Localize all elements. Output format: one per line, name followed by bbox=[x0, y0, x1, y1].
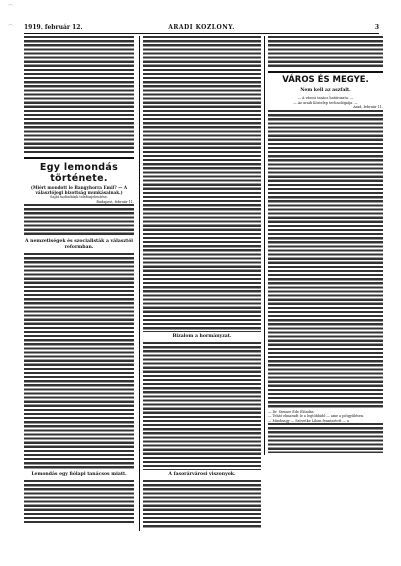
text-block bbox=[143, 342, 261, 470]
subheading: Bizalom a hormányzat. bbox=[143, 334, 261, 340]
divider bbox=[268, 71, 383, 73]
page-mark-top: ⌒ bbox=[8, 4, 13, 11]
subheading: A nemzetiségek és szocialisták a választ… bbox=[24, 239, 134, 251]
page-header: 1919. február 12. ARADI KOZLONY. 3 bbox=[24, 24, 379, 34]
text-block bbox=[268, 423, 383, 453]
text-block bbox=[268, 110, 383, 408]
divider bbox=[24, 157, 134, 159]
column-3: VÁROS ÉS MEGYE. Nem kell az aszfalt. — A… bbox=[264, 36, 383, 455]
text-block bbox=[24, 480, 134, 524]
text-block bbox=[24, 204, 134, 237]
subheading: Lemondás egy fiólapi tanácsos miatt. bbox=[24, 472, 134, 478]
text-block bbox=[24, 36, 134, 155]
section-title: VÁROS ÉS MEGYE. bbox=[268, 75, 383, 86]
text-block bbox=[268, 36, 383, 69]
headline: Egy lemondás története. bbox=[24, 162, 134, 184]
newspaper-title: ARADI KOZLONY. bbox=[24, 24, 379, 31]
text-block bbox=[143, 36, 261, 332]
column-1: Egy lemondás története. (Miért mondott l… bbox=[24, 36, 134, 526]
text-block bbox=[24, 253, 134, 470]
article-title: Nem kell az aszfalt. bbox=[268, 88, 383, 94]
page-number: 3 bbox=[375, 24, 379, 31]
page-mark: ⌒ bbox=[8, 24, 13, 31]
column-2: Bizalom a hormányzat. A fasorárvárosi vi… bbox=[139, 36, 261, 531]
subheading: A fasorárvárosi viszonyok. bbox=[143, 472, 261, 478]
subheadline: (Miért mondott le Bangyhorra Emil? — A v… bbox=[24, 185, 134, 195]
text-block bbox=[143, 480, 261, 529]
